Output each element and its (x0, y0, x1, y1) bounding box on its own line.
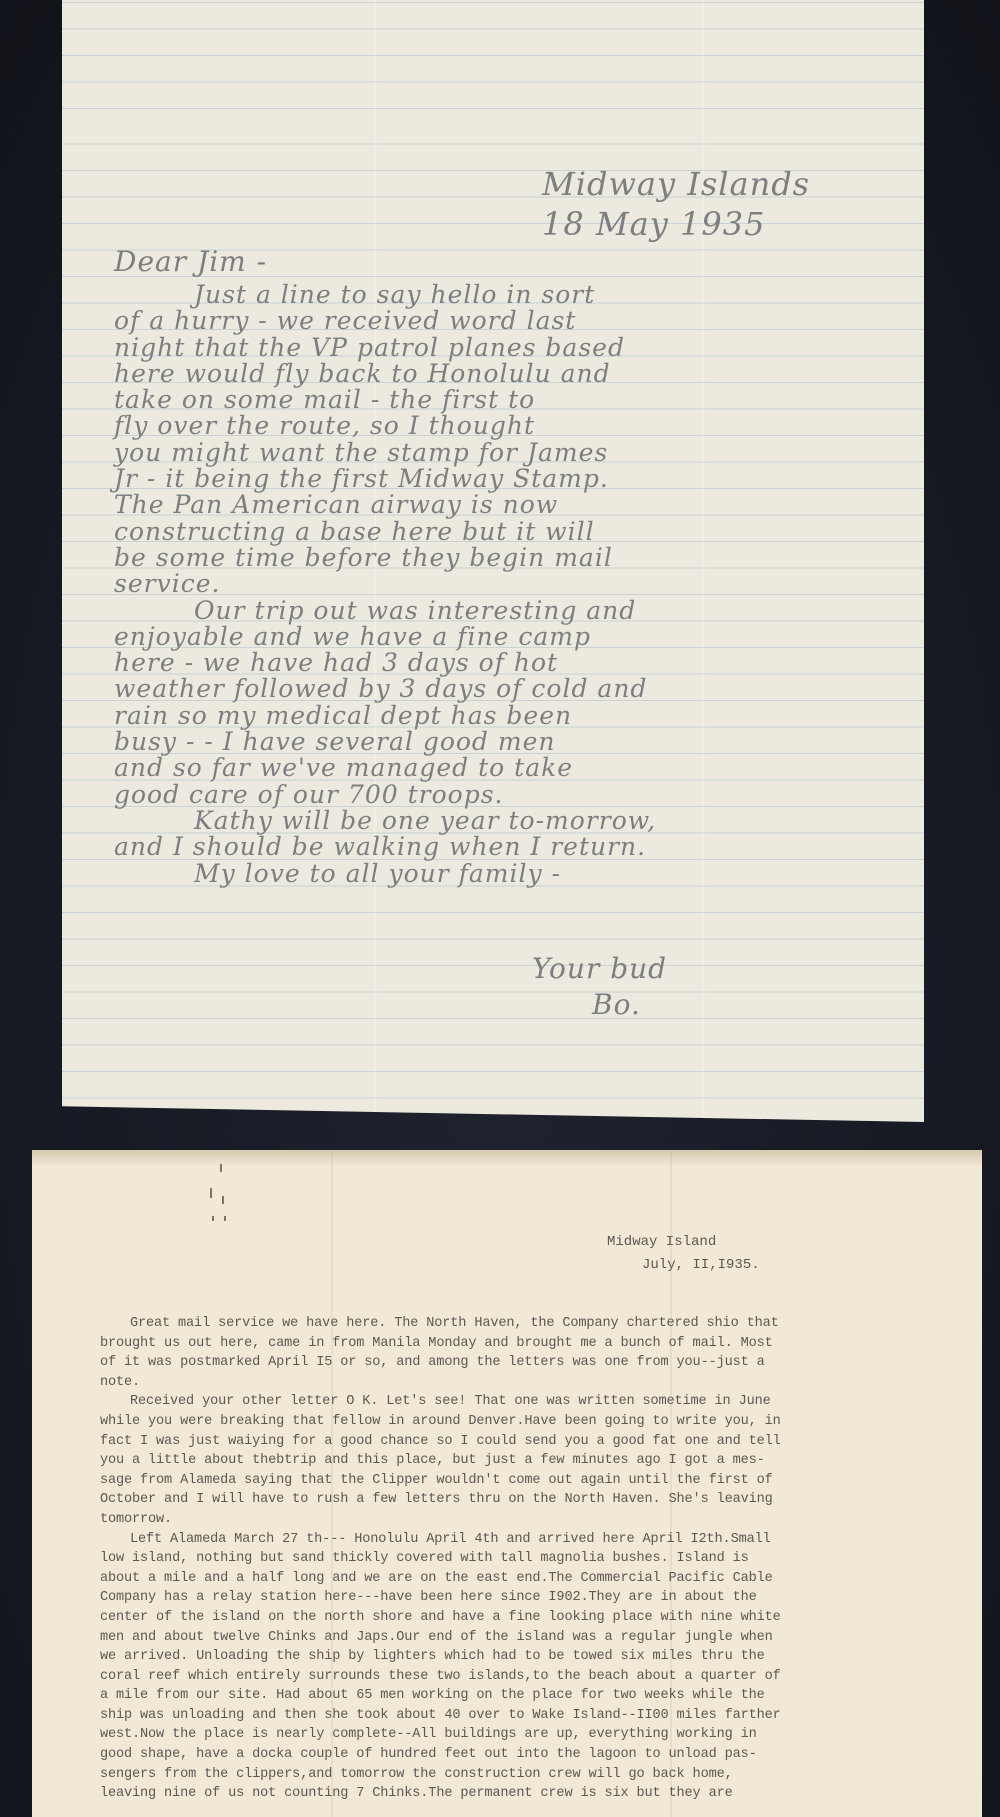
text-line: note. (100, 1373, 781, 1393)
text-line: west.Now the place is nearly complete--A… (100, 1725, 781, 1745)
handwritten-closing: Your bud (532, 952, 667, 985)
text-line: take on some mail - the first to (114, 387, 656, 413)
handwritten-signature: Bo. (592, 988, 641, 1021)
punch-marks (200, 1160, 250, 1240)
text-line: fly over the route, so I thought (114, 413, 656, 439)
text-line: be some time before they begin mail (114, 545, 656, 571)
text-line: here would fly back to Honolulu and (114, 361, 656, 387)
text-line: Our trip out was interesting and (114, 598, 656, 624)
text-line: brought us out here, came in from Manila… (100, 1334, 781, 1354)
text-line: rain so my medical dept has been (114, 703, 656, 729)
mark (220, 1164, 222, 1172)
text-line: we arrived. Unloading the ship by lighte… (100, 1647, 781, 1667)
text-line: and I should be walking when I return. (114, 834, 656, 860)
text-line: you might want the stamp for James (114, 440, 656, 466)
text-line: sengers from the clippers,and tomorrow t… (100, 1765, 781, 1785)
text-line: about a mile and a half long and we are … (100, 1569, 781, 1589)
text-line: Kathy will be one year to-morrow, (114, 808, 656, 834)
text-line: of a hurry - we received word last (114, 308, 656, 334)
handwritten-body: Just a line to say hello in sortof a hur… (114, 282, 656, 887)
text-line: leaving nine of us not counting 7 Chinks… (100, 1784, 781, 1804)
text-line: fact I was just waiying for a good chanc… (100, 1432, 781, 1452)
text-line: Jr - it being the first Midway Stamp. (114, 466, 656, 492)
text-line: October and I will have to rush a few le… (100, 1490, 781, 1510)
text-line: a mile from our site. Had about 65 men w… (100, 1686, 781, 1706)
text-line: Just a line to say hello in sort (114, 282, 656, 308)
text-line: low island, nothing but sand thickly cov… (100, 1549, 781, 1569)
text-line: Great mail service we have here. The Nor… (100, 1314, 781, 1334)
handwritten-salutation: Dear Jim - (114, 245, 267, 278)
text-line: center of the island on the north shore … (100, 1608, 781, 1628)
text-line: My love to all your family - (114, 861, 656, 887)
text-line: service. (114, 571, 656, 597)
handwritten-place: Midway Islands (542, 165, 810, 203)
text-line: busy - - I have several good men (114, 729, 656, 755)
text-line: men and about twelve Chinks and Japs.Our… (100, 1628, 781, 1648)
typed-date: July, II,I935. (642, 1257, 760, 1273)
text-line: here - we have had 3 days of hot (114, 650, 656, 676)
text-line: Company has a relay station here---have … (100, 1588, 781, 1608)
mark (222, 1196, 224, 1204)
mark (224, 1216, 226, 1221)
text-line: The Pan American airway is now (114, 492, 656, 518)
text-line: and so far we've managed to take (114, 755, 656, 781)
text-line: you a little about thebtrip and this pla… (100, 1451, 781, 1471)
text-line: while you were breaking that fellow in a… (100, 1412, 781, 1432)
text-line: sage from Alameda saying that the Clippe… (100, 1471, 781, 1491)
text-line: ship was unloading and then she took abo… (100, 1706, 781, 1726)
typed-body: Great mail service we have here. The Nor… (100, 1314, 781, 1804)
mark (210, 1188, 212, 1198)
text-line: good care of our 700 troops. (114, 782, 656, 808)
text-line: enjoyable and we have a fine camp (114, 624, 656, 650)
mark (212, 1216, 214, 1221)
text-line: good shape, have a docka couple of hundr… (100, 1745, 781, 1765)
typed-place: Midway Island (607, 1234, 716, 1250)
typed-letter-page: Midway Island July, II,I935. Great mail … (32, 1150, 982, 1817)
text-line: weather followed by 3 days of cold and (114, 676, 656, 702)
text-line: Left Alameda March 27 th--- Honolulu Apr… (100, 1530, 781, 1550)
text-line: night that the VP patrol planes based (114, 335, 656, 361)
handwritten-letter-page: Midway Islands 18 May 1935 Dear Jim - Ju… (62, 0, 924, 1122)
handwritten-date: 18 May 1935 (542, 205, 765, 243)
text-line: tomorrow. (100, 1510, 781, 1530)
text-line: Received your other letter O K. Let's se… (100, 1392, 781, 1412)
text-line: coral reef which entirely surrounds thes… (100, 1667, 781, 1687)
text-line: of it was postmarked April I5 or so, and… (100, 1353, 781, 1373)
text-line: constructing a base here but it will (114, 519, 656, 545)
